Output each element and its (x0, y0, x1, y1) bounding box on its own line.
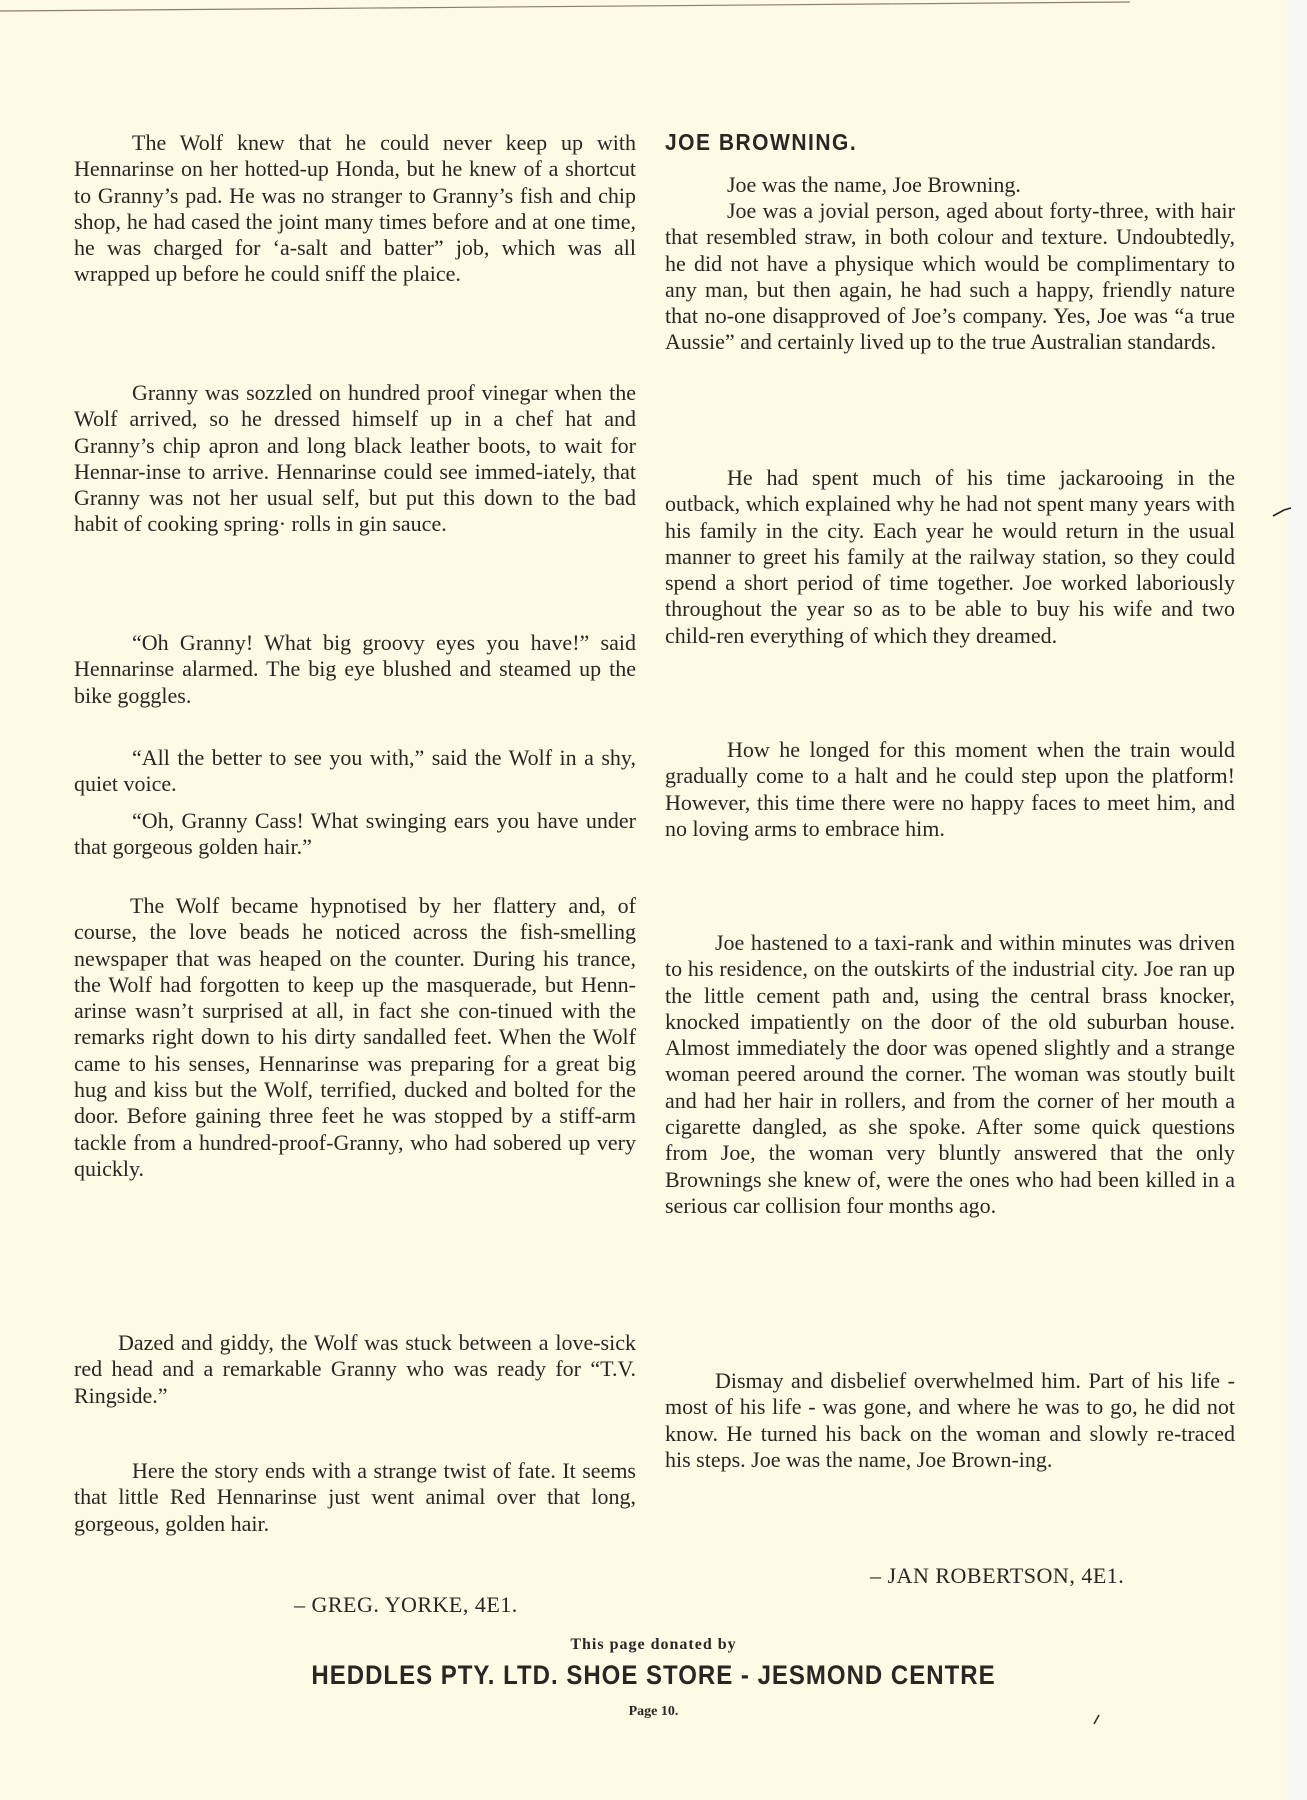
story-byline: – JAN ROBERTSON, 4E1. (870, 1563, 1124, 1589)
story-paragraph: Joe was a jovial person, aged about fort… (665, 198, 1235, 356)
story-paragraph: Dazed and giddy, the Wolf was stuck betw… (74, 1330, 636, 1409)
story-paragraph: Granny was sozzled on hundred proof vine… (74, 380, 636, 538)
margin-pen-mark (1272, 500, 1292, 520)
page-paper: The Wolf knew that he could never keep u… (0, 0, 1287, 1800)
story-paragraph: How he longed for this moment when the t… (665, 737, 1235, 842)
story-paragraph: “Oh, Granny Cass! What swinging ears you… (74, 808, 636, 861)
story-paragraph: Here the story ends with a strange twist… (74, 1458, 636, 1537)
donation-note: This page donated by (0, 1636, 1307, 1654)
story-paragraph: “Oh Granny! What big groovy eyes you hav… (74, 630, 636, 709)
story-paragraph: Dismay and disbelief overwhelmed him. Pa… (665, 1368, 1235, 1473)
story-paragraph: Joe hastened to a taxi-rank and within m… (665, 930, 1235, 1219)
story-paragraph: He had spent much of his time jackarooin… (665, 465, 1235, 649)
story-paragraph: The Wolf knew that he could never keep u… (74, 130, 636, 288)
story-byline: – GREG. YORKE, 4E1. (294, 1592, 518, 1618)
story-paragraph: “All the better to see you with,” said t… (74, 745, 636, 798)
story-title: JOE BROWNING. (665, 130, 857, 156)
sponsor-name: HEDDLES PTY. LTD. SHOE STORE - JESMOND C… (0, 1660, 1307, 1691)
page-number: Page 10. (0, 1704, 1307, 1720)
stray-tick-mark (1092, 1712, 1102, 1726)
scan-edge-line (0, 0, 1130, 12)
story-paragraph: Joe was the name, Joe Browning. (665, 172, 1235, 198)
story-paragraph: The Wolf became hypnotised by her flatte… (74, 893, 636, 1182)
